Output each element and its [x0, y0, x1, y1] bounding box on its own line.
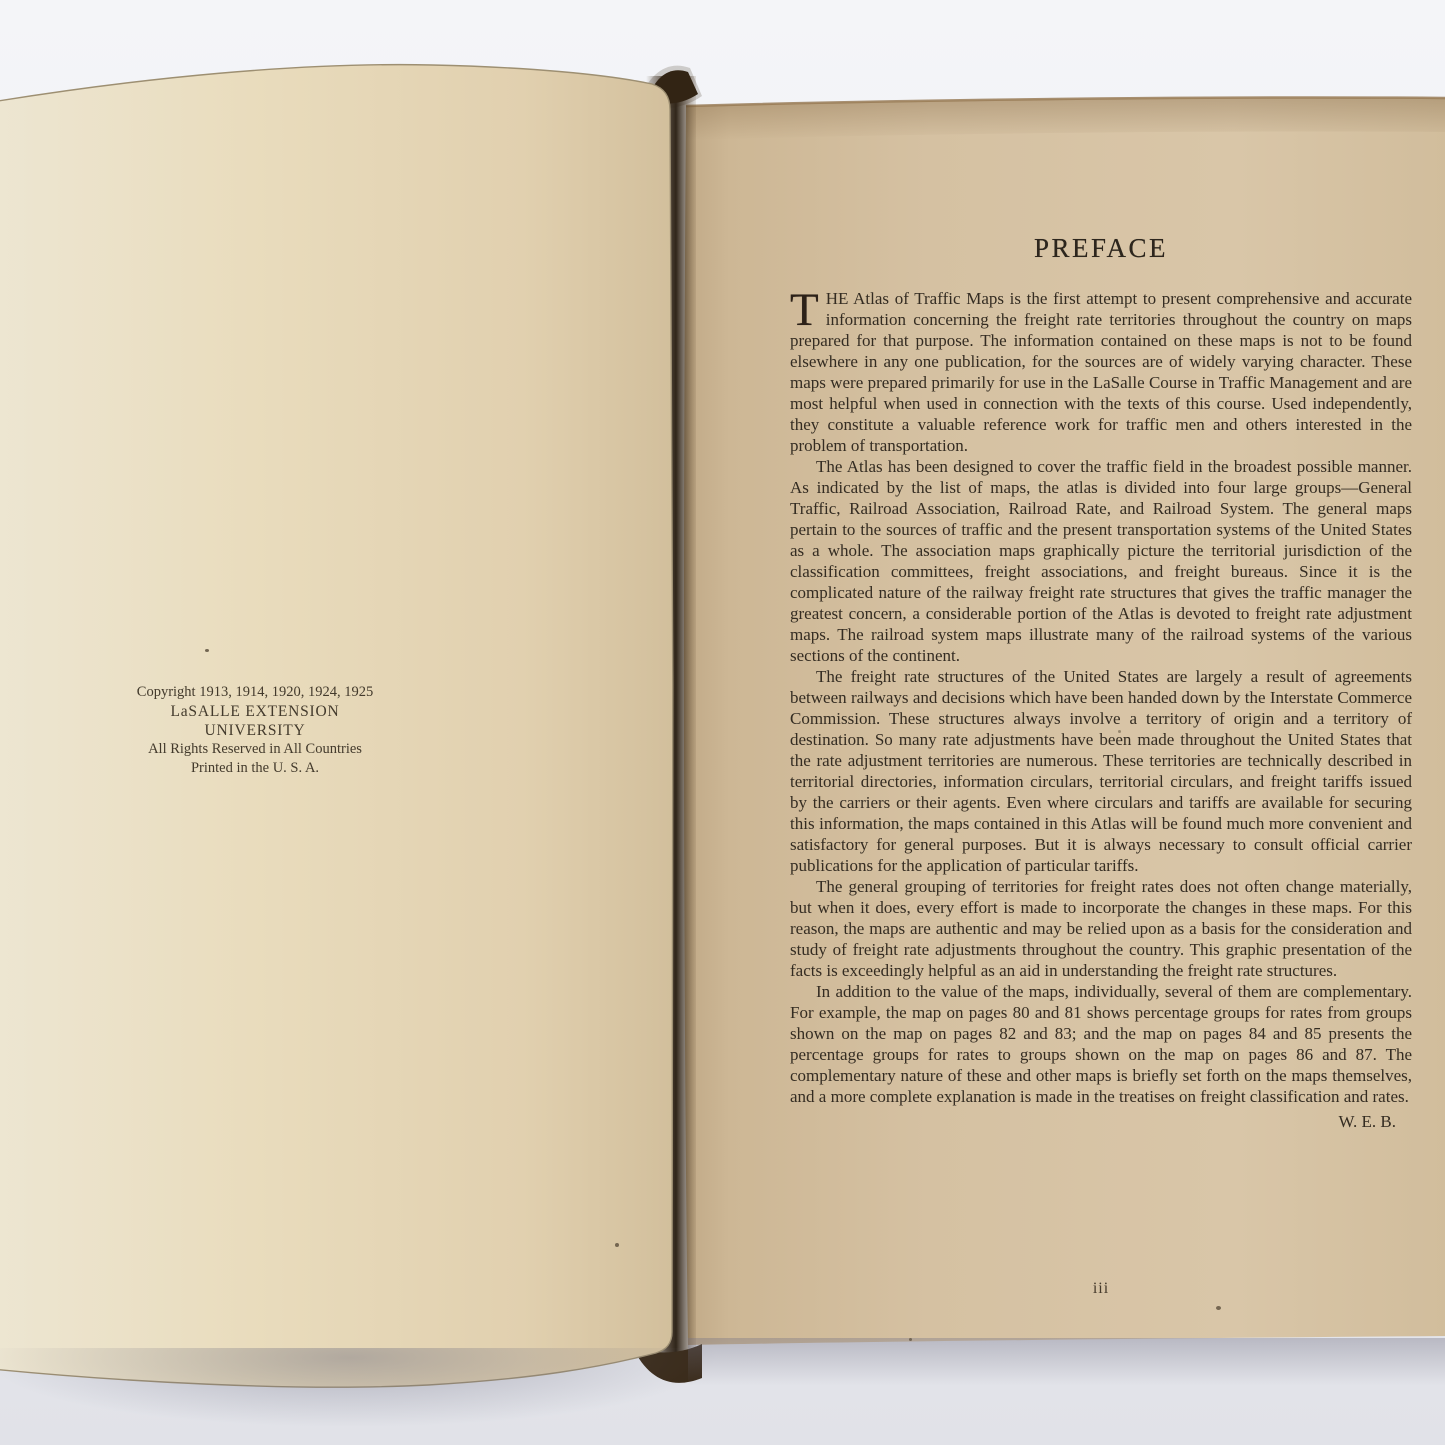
book-photo: Copyright 1913, 1914, 1920, 1924, 1925 L…: [0, 0, 1445, 1445]
paragraph-1-text: HE Atlas of Traffic Maps is the first at…: [790, 289, 1412, 455]
page-title: PREFACE: [790, 233, 1412, 264]
dust-speck: [909, 1338, 912, 1341]
dust-speck: [1216, 1306, 1221, 1310]
paragraph-2: The Atlas has been designed to cover the…: [790, 456, 1412, 666]
copyright-publisher: LaSALLE EXTENSION UNIVERSITY: [118, 702, 392, 740]
copyright-printed: Printed in the U. S. A.: [118, 759, 392, 778]
paragraph-1: THE Atlas of Traffic Maps is the first a…: [790, 288, 1412, 456]
left-page-shadow: [0, 1348, 720, 1428]
paragraph-4: The general grouping of territories for …: [790, 876, 1412, 981]
dust-speck: [1118, 730, 1121, 733]
drop-cap: T: [790, 288, 826, 329]
paragraph-3: The freight rate structures of the Unite…: [790, 666, 1412, 876]
preface-body: THE Atlas of Traffic Maps is the first a…: [790, 288, 1412, 1132]
copyright-rights: All Rights Reserved in All Countries: [118, 740, 392, 759]
copyright-block: Copyright 1913, 1914, 1920, 1924, 1925 L…: [118, 683, 392, 778]
paragraph-5: In addition to the value of the maps, in…: [790, 981, 1412, 1107]
author-initials: W. E. B.: [790, 1111, 1412, 1132]
dust-speck: [615, 1243, 619, 1247]
right-page-shadow: [688, 1338, 1445, 1394]
copyright-years: Copyright 1913, 1914, 1920, 1924, 1925: [118, 683, 392, 702]
page-number: iii: [790, 1280, 1412, 1298]
dust-speck: [205, 649, 209, 652]
